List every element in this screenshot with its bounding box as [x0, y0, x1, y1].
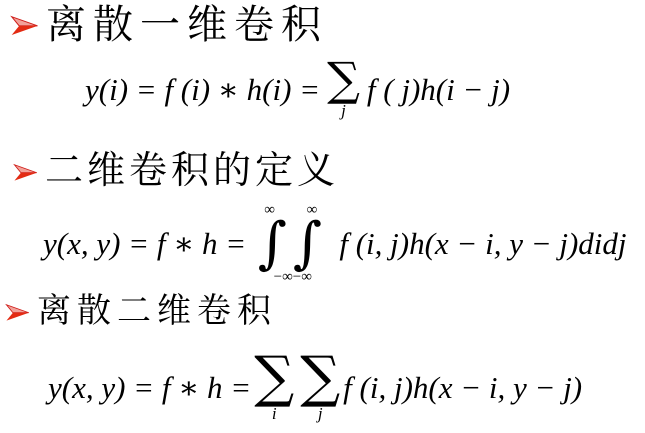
formula-rhs: f (i, j)h(x − i, y − j): [343, 371, 582, 405]
formula-lhs: y(i) = f (i) ∗ h(i) =: [85, 73, 320, 107]
formula-discrete-1d: y(i) = f (i) ∗ h(i) = ∑ j f ( j)h(i − j): [85, 60, 510, 119]
heading-2d-convolution-definition: 二维卷积的定义: [13, 152, 339, 192]
sum-subscript: j: [318, 405, 323, 422]
formula-rhs: f (i, j)h(x − i, y − j)didj: [339, 227, 626, 261]
sigma-icon: ∑: [254, 354, 294, 402]
sigma-icon: ∑: [300, 354, 340, 402]
sum-subscript: j: [341, 102, 346, 119]
arrow-bullet-icon: [10, 12, 40, 38]
formula-lhs: y(x, y) = f ∗ h =: [43, 227, 246, 261]
heading-text: 二维卷积的定义: [45, 152, 339, 192]
formula-lhs: y(x, y) = f ∗ h =: [48, 371, 251, 405]
formula-continuous-2d: y(x, y) = f ∗ h = ∞ ∞ ∫∫ −∞−∞ f (i, j)h(…: [43, 203, 627, 285]
arrow-bullet-icon: [13, 161, 39, 183]
heading-text: 离散二维卷积: [37, 294, 277, 330]
formula-discrete-2d: y(x, y) = f ∗ h = ∑ i ∑ j f (i, j)h(x − …: [48, 354, 582, 422]
sum-operator-outer: ∑ i: [254, 354, 294, 422]
integral-lower-limits: −∞−∞: [274, 270, 312, 285]
formula-rhs: f ( j)h(i − j): [367, 73, 510, 107]
heading-discrete-1d-convolution: 离散一维卷积: [10, 4, 328, 46]
arrow-bullet-icon: [5, 301, 31, 323]
slide: 离散一维卷积 y(i) = f (i) ∗ h(i) = ∑ j f ( j)h…: [0, 0, 645, 433]
double-integral-icon: ∫∫: [258, 218, 328, 270]
sum-operator-inner: ∑ j: [300, 354, 340, 422]
sigma-icon: ∑: [327, 60, 360, 99]
sum-operator: ∑ j: [327, 60, 360, 119]
sum-subscript: i: [272, 405, 277, 422]
heading-text: 离散一维卷积: [46, 4, 328, 46]
double-integral-operator: ∞ ∞ ∫∫ −∞−∞: [254, 203, 331, 285]
heading-discrete-2d-convolution: 离散二维卷积: [5, 294, 277, 330]
